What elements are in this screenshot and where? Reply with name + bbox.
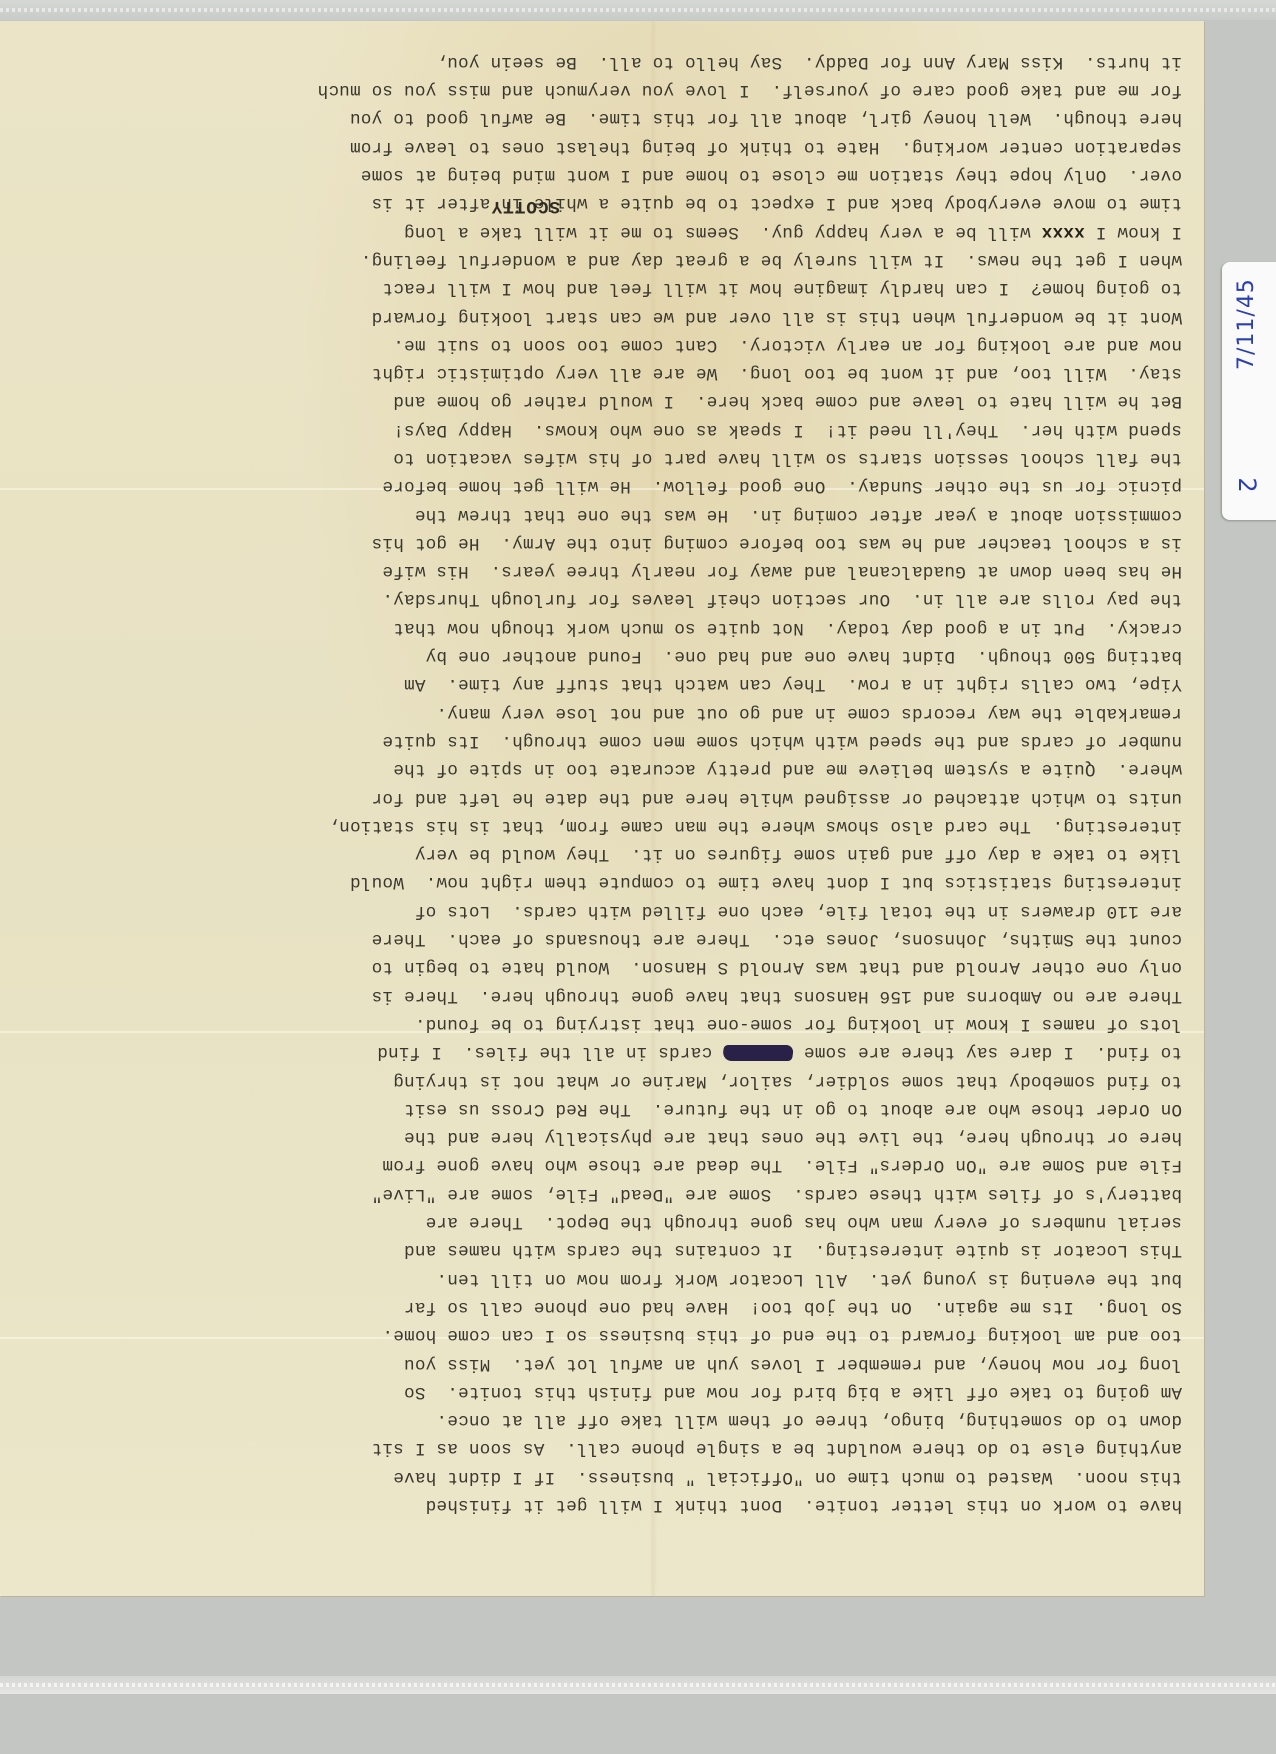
letter-line: to find. I dare say there are some cards… — [25, 1038, 1200, 1066]
letter-line: anything else to do there wouldnt be a s… — [25, 1434, 1200, 1462]
letter-line: He has been down at Guadalcanal and away… — [25, 557, 1200, 585]
letter-line: serial numbers of every man who has gone… — [25, 1208, 1200, 1236]
letter-line: cracky. Put in a good day today. Not qui… — [25, 614, 1200, 642]
letter-line: too and am looking forward to the end of… — [25, 1321, 1200, 1349]
letter-line: to find somebody that some soldier, sail… — [25, 1066, 1200, 1094]
letter-line: over. Only hope they station me close to… — [25, 161, 1200, 189]
letter-line: lots of names I know in looking for some… — [25, 1010, 1200, 1038]
letter-body-upside-down: have to work on this letter tonite. Dont… — [20, 191, 1200, 1521]
letter-line: are 110 drawers in the total file, each … — [25, 896, 1200, 924]
struck-word: xxxx — [1041, 222, 1084, 242]
letter-line: count the Smiths, Johnsons, Jones etc. T… — [25, 925, 1200, 953]
letter-line: There are no Amborns and 156 Hansons tha… — [25, 981, 1200, 1009]
letter-line: interesting statistics but I dont have t… — [25, 868, 1200, 896]
letter-line: it hurts. Kiss Mary Ann for Daddy. Say h… — [25, 48, 1200, 76]
letter-line: long for now honey, and remember I loves… — [25, 1349, 1200, 1377]
letter-line: down to do something, bingo, three of th… — [25, 1406, 1200, 1434]
letter-line: is a school teacher and he was too befor… — [25, 529, 1200, 557]
letter-line: I know I xxxx will be a very happy guy. … — [25, 217, 1200, 245]
letter-line: remarkable the way records come in and g… — [25, 698, 1200, 726]
letter-line: commission about a year after coming in.… — [25, 500, 1200, 528]
letter-line: when I get the news. It will surely be a… — [25, 246, 1200, 274]
letter-line: here or through here, the live the ones … — [25, 1123, 1200, 1151]
letter-line: separation center working. Hate to think… — [25, 132, 1200, 160]
letter-line: File and Some are "On Orders" File. The … — [25, 1151, 1200, 1179]
letter-line: This Locator is quite interesting. It co… — [25, 1236, 1200, 1264]
letter-line: time to move everybody back and I expect… — [25, 189, 1200, 217]
letter-line: for me and take good care of yourself. I… — [25, 76, 1200, 104]
letter-line: spend with her. They'll need it! I speak… — [25, 415, 1200, 443]
letter-line: Yipe, two calls right in a row. They can… — [25, 670, 1200, 698]
letter-line: now and are looking for an early victory… — [25, 331, 1200, 359]
letter-line: but the evening is young yet. All Locato… — [25, 1264, 1200, 1292]
letter-line: have to work on this letter tonite. Dont… — [25, 1491, 1200, 1519]
letter-line: to going home? I can hardly imagine how … — [25, 274, 1200, 302]
letter-line: here though. Well honey girl, about all … — [25, 104, 1200, 132]
ink-blot — [722, 1045, 794, 1061]
letter-page: have to work on this letter tonite. Dont… — [0, 21, 1204, 1596]
letter-line: battery's of files with these cards. Som… — [25, 1179, 1200, 1207]
handwritten-date: 7/11/45 — [1234, 280, 1264, 370]
letter-line: Bet he will hate to leave and come back … — [25, 387, 1200, 415]
signature: SCOTTY — [491, 196, 560, 216]
letter-line: batting 500 though. Didnt have one and h… — [25, 642, 1200, 670]
letter-line: like to take a day off and gain some fig… — [25, 840, 1200, 868]
letter-line: So long. Its me again. On the job too! H… — [25, 1293, 1200, 1321]
letter-line: the pay rolls are all in. Our section ch… — [25, 585, 1200, 613]
archival-tag: 7/11/45 2 — [1222, 262, 1276, 520]
letter-line: interesting. The card also shows where t… — [25, 812, 1200, 840]
letter-line: number of cards and the speed with which… — [25, 727, 1200, 755]
sleeve-top-edge — [0, 0, 1276, 20]
letter-line: Wont it be wonderful when this is all ov… — [25, 302, 1200, 330]
letter-line: where. Quite a system believe me and pre… — [25, 755, 1200, 783]
letter-line: only one other Arnold and that was Arnol… — [25, 953, 1200, 981]
letter-line: picnic for us the other Sunday. One good… — [25, 472, 1200, 500]
letter-line: this noon. Wasted to much time on "Offic… — [25, 1462, 1200, 1490]
letter-line: Am going to take off like a big bird for… — [25, 1378, 1200, 1406]
letter-line: units to which attached or assigned whil… — [25, 783, 1200, 811]
handwritten-page-number: 2 — [1232, 470, 1262, 500]
letter-line: On Order those who are about to go in th… — [25, 1095, 1200, 1123]
letter-lines: have to work on this letter tonite. Dont… — [25, 48, 1200, 1519]
letter-line: stay. Will too, and it wont be too long.… — [25, 359, 1200, 387]
sleeve-bottom-edge — [0, 1676, 1276, 1694]
letter-line: the fall school session starts so will h… — [25, 444, 1200, 472]
